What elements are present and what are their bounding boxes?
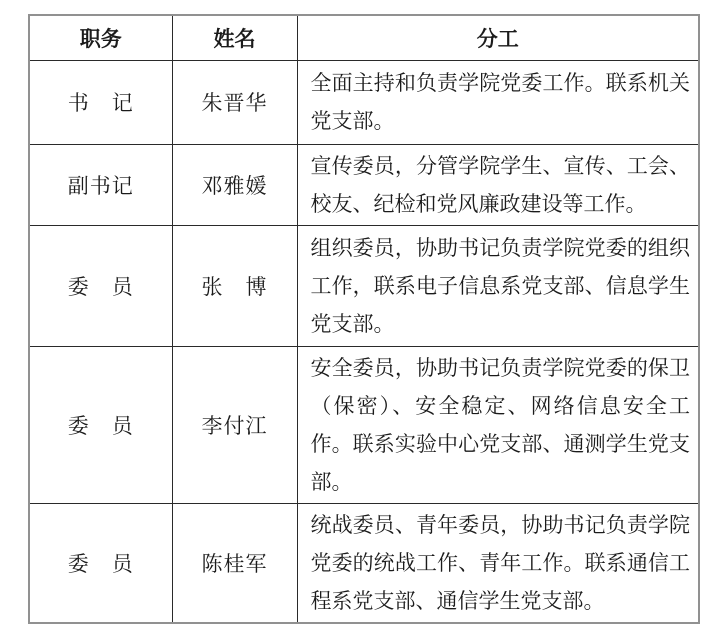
duty-cell: 统战委员、青年委员，协助书记负责学院党委的统战工作、青年工作。联系通信工程系党支… — [297, 503, 699, 623]
name-cell: 张 博 — [172, 225, 297, 346]
name-cell: 陈桂军 — [172, 503, 297, 623]
document-table-container: 职务 姓名 分工 书 记 朱晋华 全面主持和负责学院党委工作。联系机关党支部。 … — [28, 14, 700, 624]
position-cell: 副书记 — [29, 144, 172, 225]
position-cell: 委 员 — [29, 503, 172, 623]
table-row: 委 员 张 博 组织委员，协助书记负责学院党委的组织工作，联系电子信息系党支部、… — [29, 225, 699, 346]
header-row: 职务 姓名 分工 — [29, 15, 699, 60]
column-header-name: 姓名 — [172, 15, 297, 60]
name-cell: 邓雅媛 — [172, 144, 297, 225]
duty-cell: 安全委员，协助书记负责学院党委的保卫（保密）、安全稳定、网络信息安全工作。联系实… — [297, 346, 699, 503]
name-cell: 朱晋华 — [172, 60, 297, 144]
column-header-position: 职务 — [29, 15, 172, 60]
duty-cell: 组织委员，协助书记负责学院党委的组织工作，联系电子信息系党支部、信息学生党支部。 — [297, 225, 699, 346]
position-cell: 委 员 — [29, 346, 172, 503]
duty-cell: 全面主持和负责学院党委工作。联系机关党支部。 — [297, 60, 699, 144]
position-cell: 委 员 — [29, 225, 172, 346]
column-header-duty: 分工 — [297, 15, 699, 60]
position-cell: 书 记 — [29, 60, 172, 144]
name-cell: 李付江 — [172, 346, 297, 503]
table-row: 委 员 李付江 安全委员，协助书记负责学院党委的保卫（保密）、安全稳定、网络信息… — [29, 346, 699, 503]
table-row: 委 员 陈桂军 统战委员、青年委员，协助书记负责学院党委的统战工作、青年工作。联… — [29, 503, 699, 623]
table-row: 书 记 朱晋华 全面主持和负责学院党委工作。联系机关党支部。 — [29, 60, 699, 144]
table-row: 副书记 邓雅媛 宣传委员，分管学院学生、宣传、工会、校友、纪检和党风廉政建设等工… — [29, 144, 699, 225]
leadership-duty-table: 职务 姓名 分工 书 记 朱晋华 全面主持和负责学院党委工作。联系机关党支部。 … — [28, 14, 700, 624]
duty-cell: 宣传委员，分管学院学生、宣传、工会、校友、纪检和党风廉政建设等工作。 — [297, 144, 699, 225]
